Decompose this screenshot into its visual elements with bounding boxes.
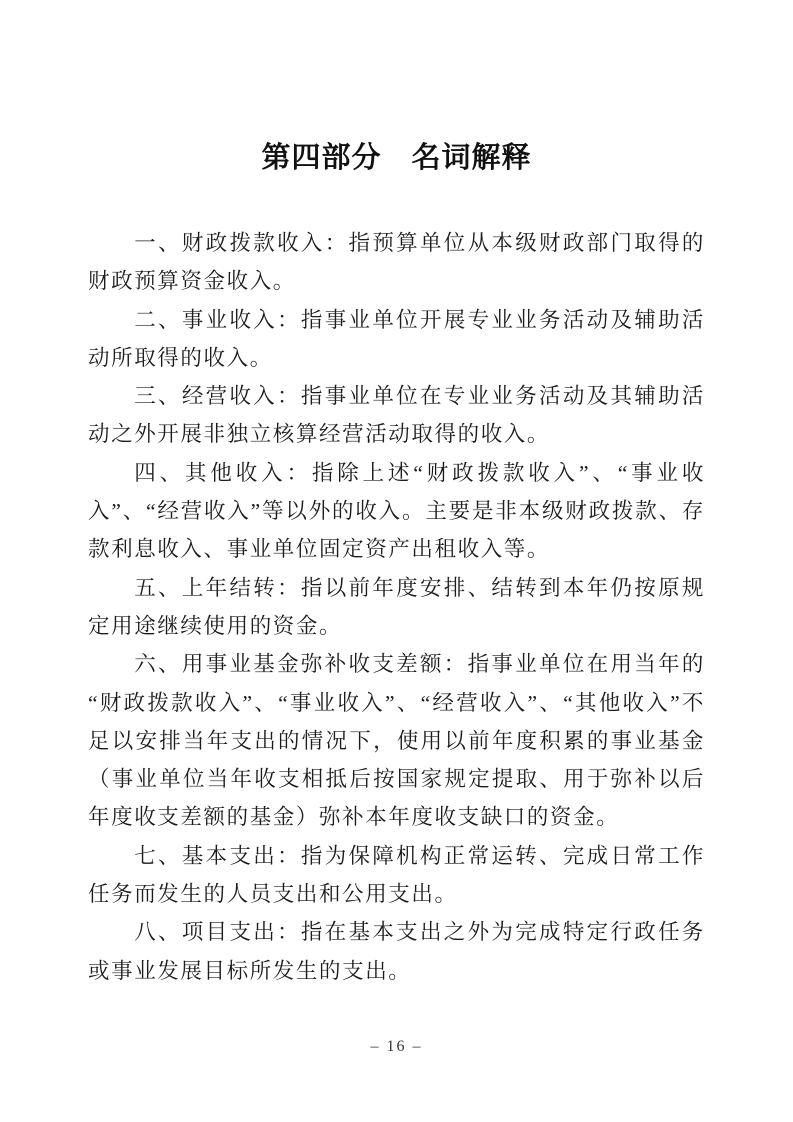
page-number: – 16 – [371, 1038, 423, 1055]
definition-paragraph-basic-expenditure: 七、基本支出：指为保障机构正常运转、完成日常工作任务而发生的人员支出和公用支出。 [88, 837, 705, 914]
document-page: 第四部分 名词解释 一、财政拨款收入：指预算单位从本级财政部门取得的财政预算资金… [0, 0, 793, 1122]
definition-paragraph-other-income: 四、其他收入：指除上述“财政拨款收入”、“事业收入”、“经营收入”等以外的收入。… [88, 454, 705, 569]
definition-paragraph-fiscal-appropriation-income: 一、财政拨款收入：指预算单位从本级财政部门取得的财政预算资金收入。 [88, 224, 705, 301]
page-footer: – 16 – [0, 1036, 793, 1058]
definition-paragraph-fund-deficit-compensation: 六、用事业基金弥补收支差额：指事业单位在用当年的“财政拨款收入”、“事业收入”、… [88, 645, 705, 836]
definition-paragraph-project-expenditure: 八、项目支出：指在基本支出之外为完成特定行政任务或事业发展目标所发生的支出。 [88, 913, 705, 990]
definition-paragraph-business-income: 三、经营收入：指事业单位在专业业务活动及其辅助活动之外开展非独立核算经营活动取得… [88, 377, 705, 454]
definition-paragraph-operational-income: 二、事业收入：指事业单位开展专业业务活动及辅助活动所取得的收入。 [88, 301, 705, 378]
definition-paragraph-carryover-from-previous-year: 五、上年结转：指以前年度安排、结转到本年仍按原规定用途继续使用的资金。 [88, 569, 705, 646]
page-title: 第四部分 名词解释 [0, 138, 793, 178]
document-body: 一、财政拨款收入：指预算单位从本级财政部门取得的财政预算资金收入。 二、事业收入… [88, 224, 705, 990]
